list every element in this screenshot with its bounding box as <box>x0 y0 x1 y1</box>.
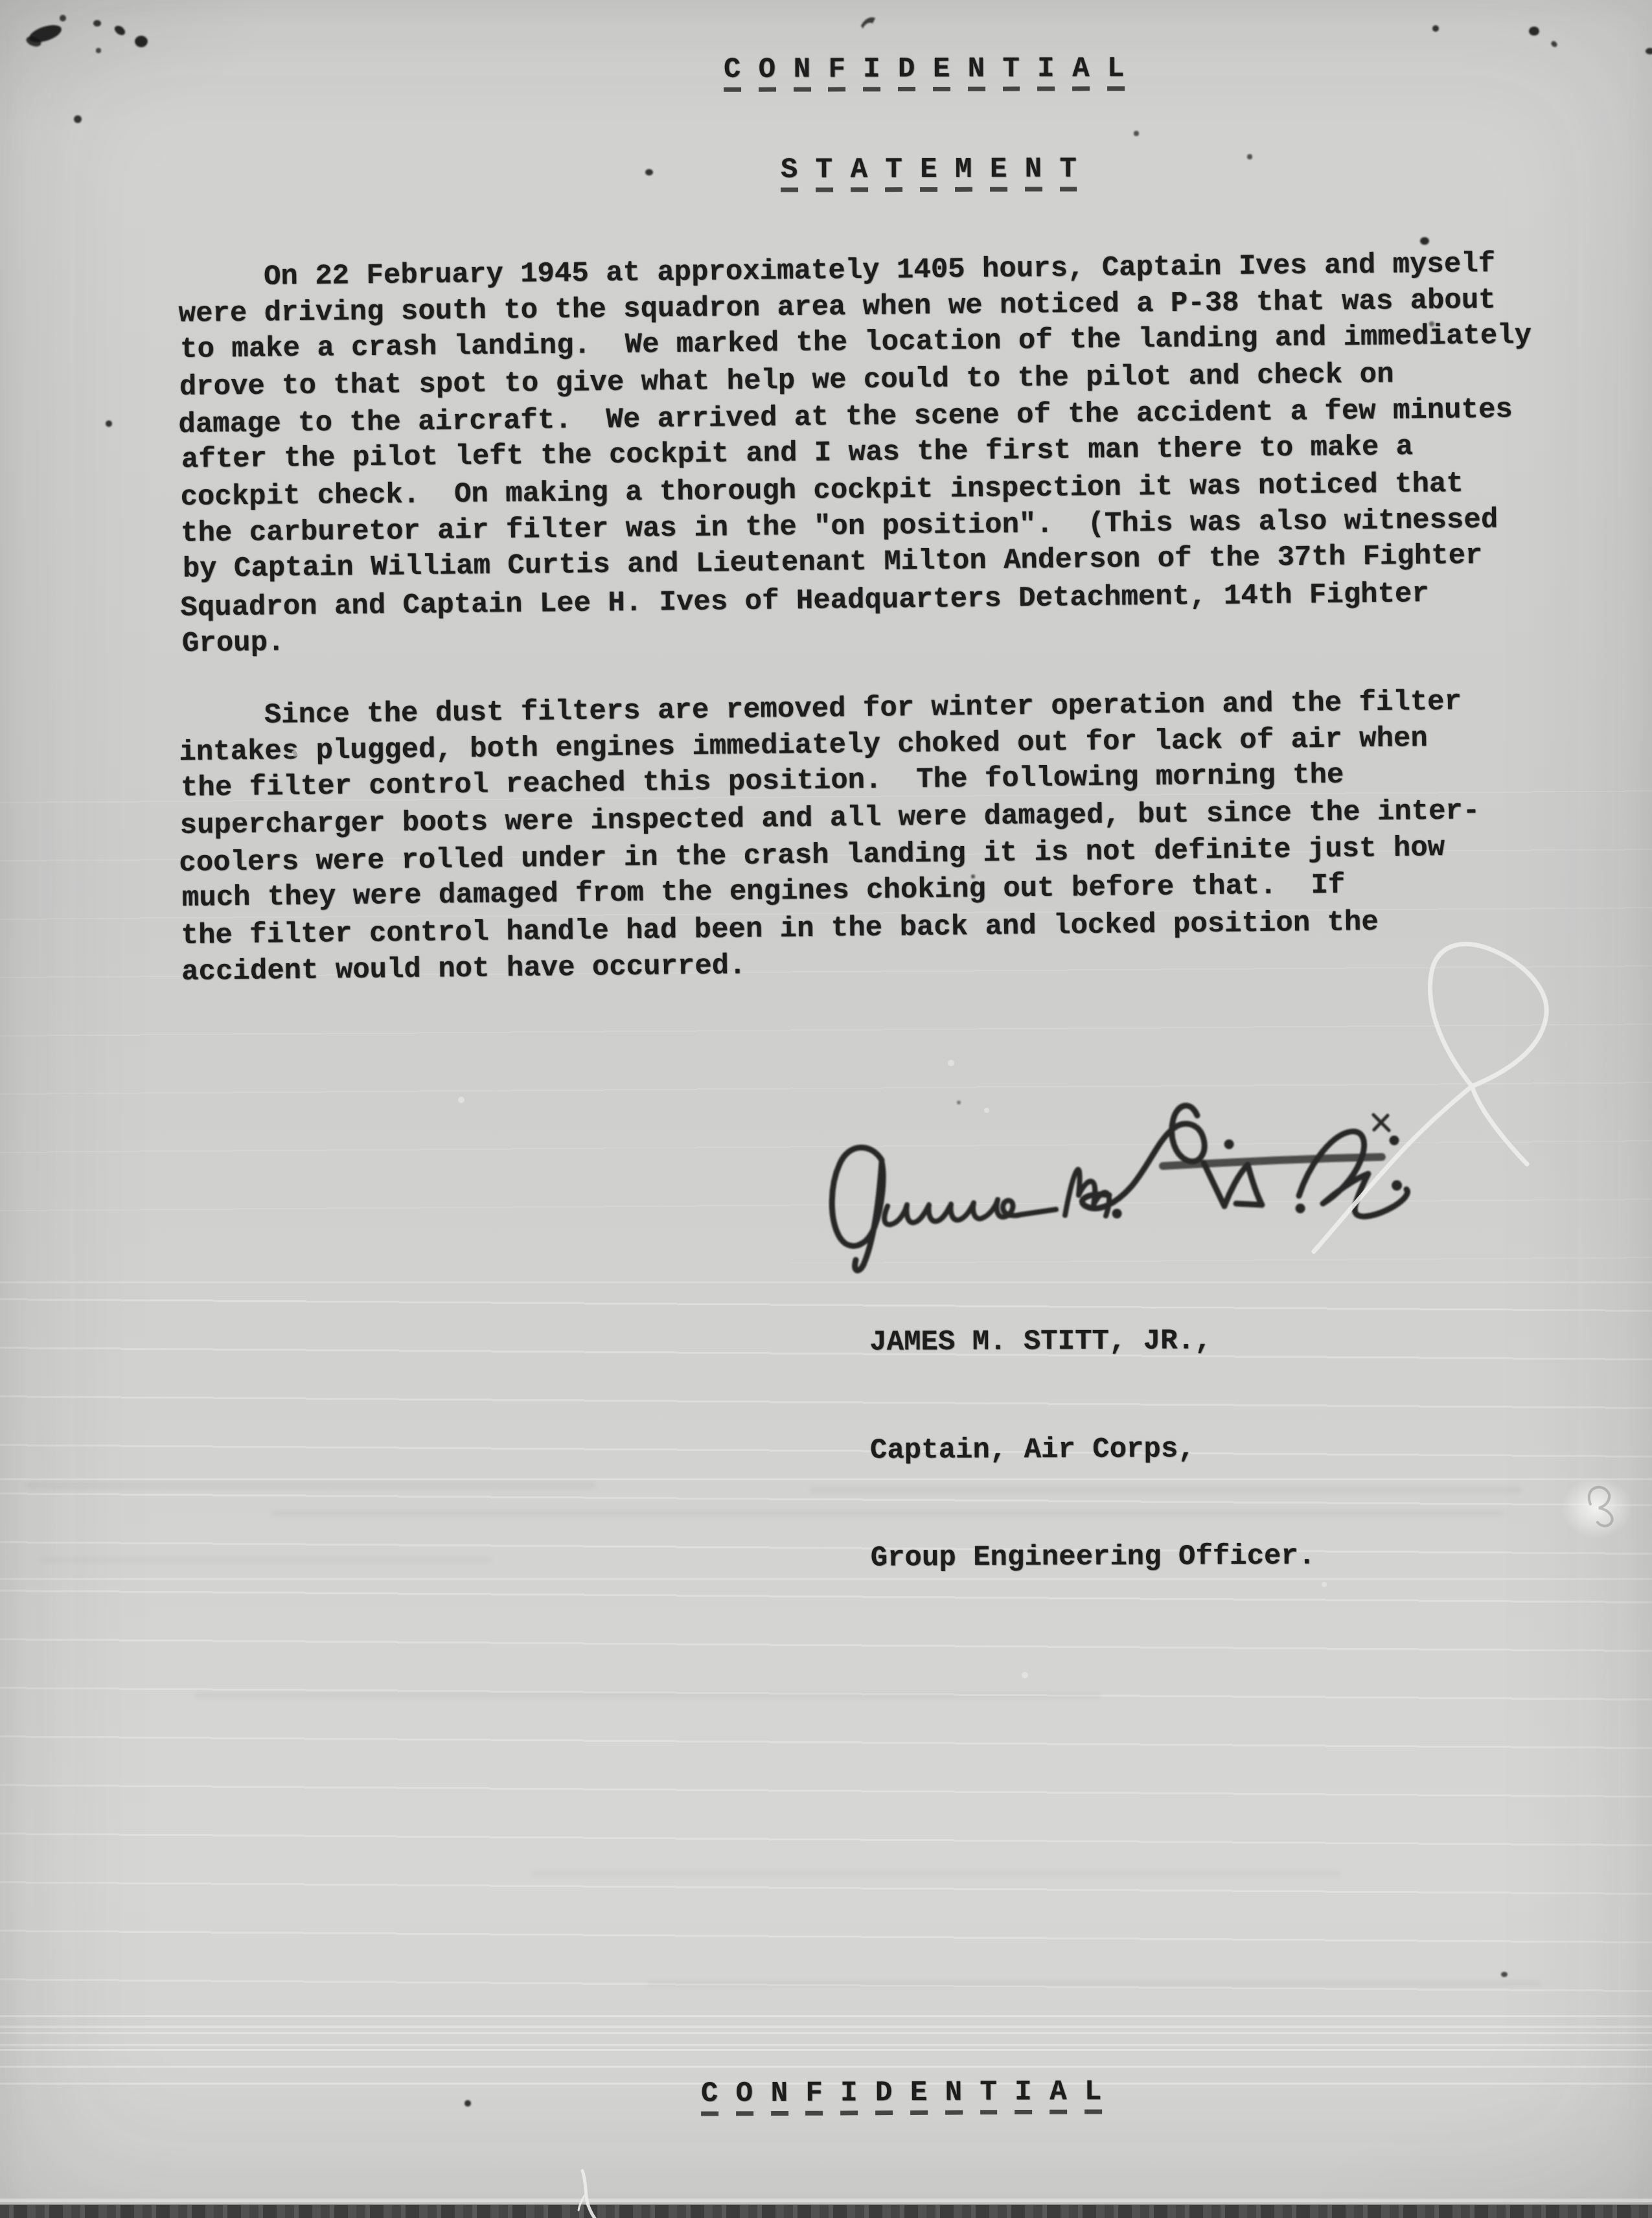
signature-typed-title: Group Engineering Officer. <box>871 1535 1316 1580</box>
scanned-document-page: C O N F I D E N T I A L S T A T E M E N … <box>0 0 1652 2218</box>
classification-header-top: C O N F I D E N T I A L <box>724 52 1125 92</box>
typed-text-layer: C O N F I D E N T I A L S T A T E M E N … <box>0 0 1652 2218</box>
signature-typed-rank: Captain, Air Corps, <box>870 1427 1315 1472</box>
signature-block: JAMES M. STITT, JR., Captain, Air Corps,… <box>869 1255 1316 1645</box>
signature-typed-name: JAMES M. STITT, JR., <box>869 1320 1314 1364</box>
classification-header-bottom: C O N F I D E N T I A L <box>701 2075 1102 2116</box>
document-title: S T A T E M E N T <box>781 153 1077 192</box>
paragraph-2: Since the dust filters are removed for w… <box>178 683 1482 990</box>
paragraph-1: On 22 February 1945 at approximately 140… <box>178 245 1533 661</box>
